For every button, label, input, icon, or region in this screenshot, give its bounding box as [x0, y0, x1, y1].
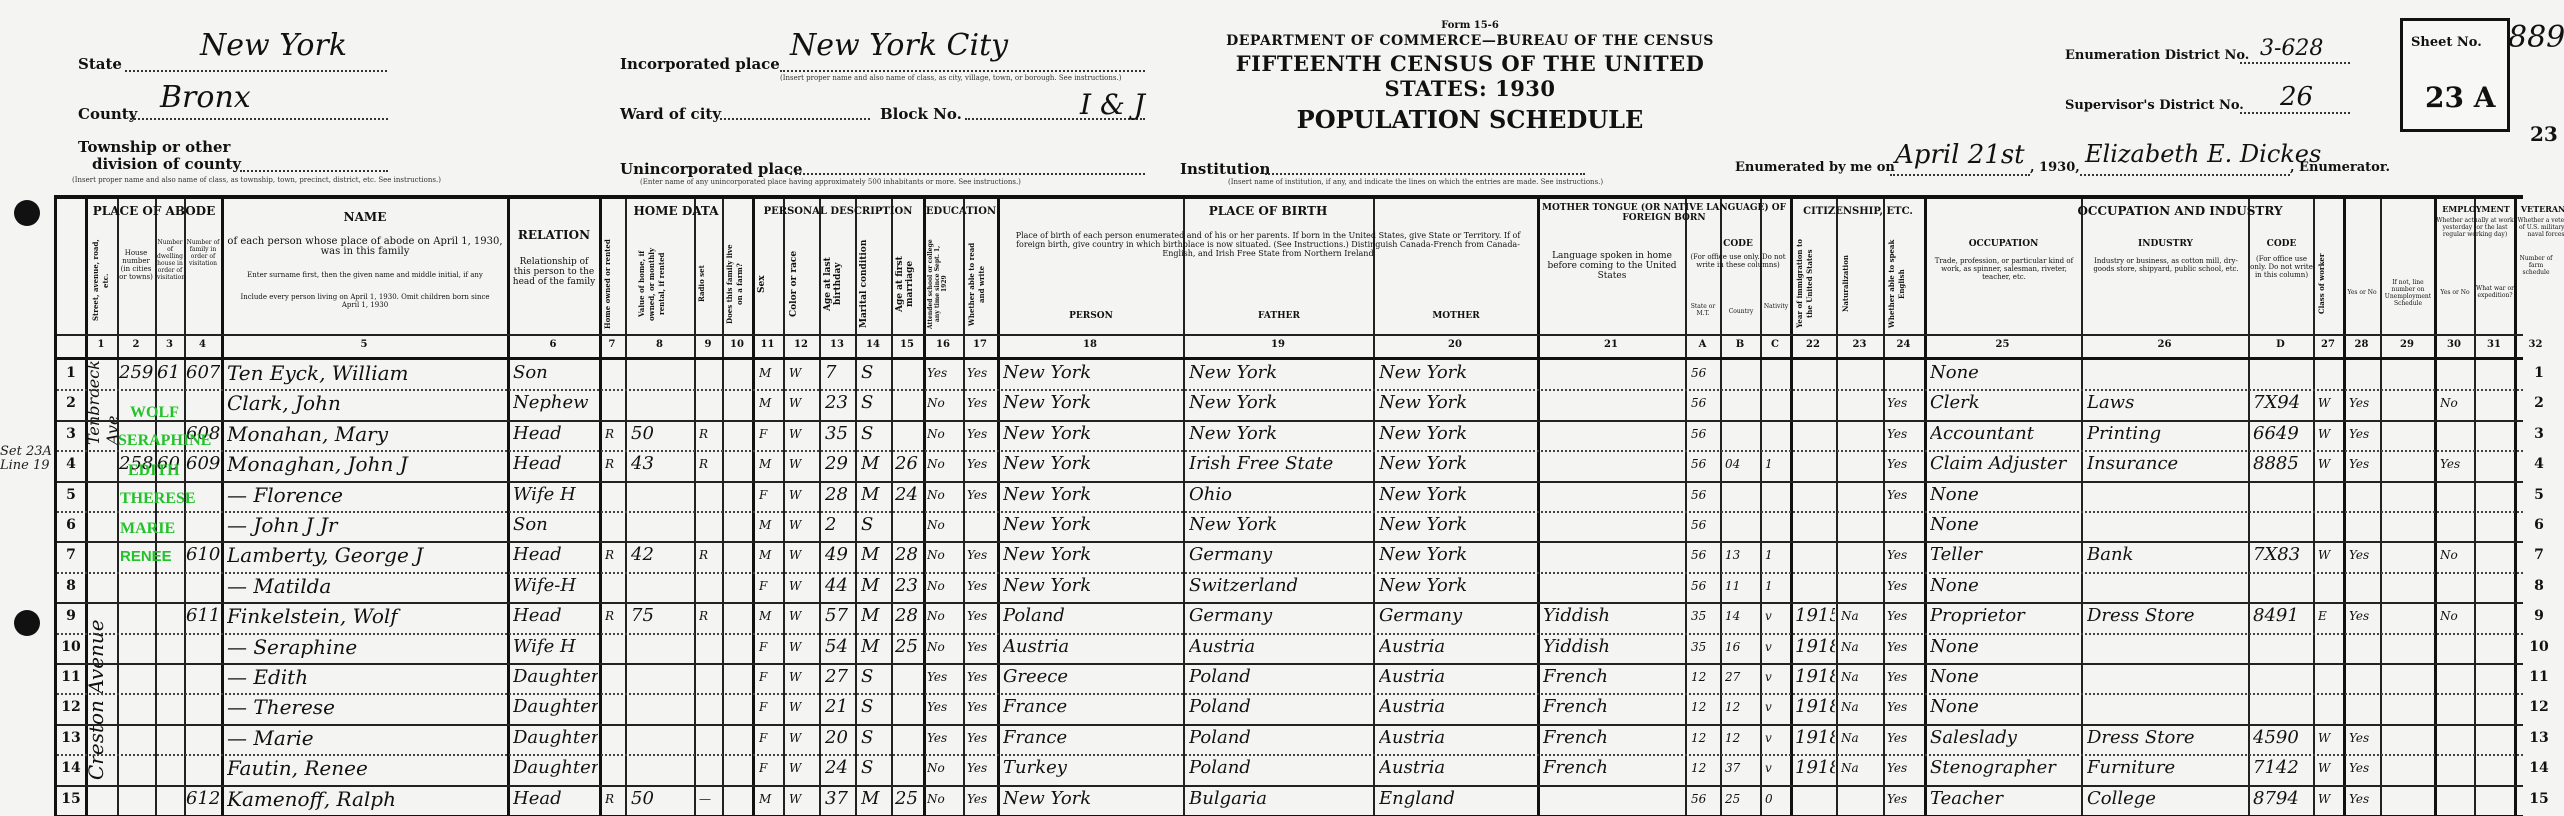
birth-mother-header: MOTHER — [1375, 311, 1537, 321]
group-mother-tongue: MOTHER TONGUE (OR NATIVE LANGUAGE) OF FO… — [1539, 203, 1789, 223]
age-marriage-header: Age at first marriage — [895, 239, 921, 329]
class-worker-cell: W — [2318, 389, 2342, 417]
group-education: EDUCATION — [925, 205, 997, 218]
school-cell: Yes — [927, 663, 962, 691]
column-number: 4 — [184, 339, 221, 350]
sex-cell: F — [759, 572, 782, 600]
code-a-cell: 12 — [1691, 693, 1719, 721]
birth-person-cell: Austria — [1003, 633, 1182, 661]
name-annotation-label: THERESE — [120, 490, 196, 508]
dwelling-header: Number of dwelling house in order of vis… — [157, 239, 183, 281]
form-number: Form 15-6 — [1220, 20, 1720, 31]
age-cell: 49 — [825, 541, 854, 569]
sex-cell: F — [759, 754, 782, 782]
birth-father-cell: New York — [1189, 359, 1372, 387]
supervisor-value: 26 — [2280, 82, 2313, 112]
relation-cell: Nephew — [513, 389, 598, 417]
age-cell: 44 — [825, 572, 854, 600]
name-cell: Clark, John — [227, 389, 506, 417]
relation-cell: Head — [513, 420, 598, 448]
english-cell: Yes — [1887, 420, 1923, 448]
race-cell: W — [789, 724, 818, 752]
column-number: 21 — [1537, 339, 1685, 350]
block-label: Block No. — [880, 105, 962, 123]
naturalization-cell: Na — [1841, 754, 1882, 782]
occupation-cell: None — [1930, 663, 2080, 691]
group-home-data: HOME DATA — [601, 205, 751, 218]
immigration-cell: 1918 — [1795, 633, 1835, 661]
county-line — [130, 118, 388, 120]
name-cell: — John J Jr — [227, 511, 506, 539]
school-cell: No — [927, 450, 962, 478]
language-cell: Yiddish — [1543, 633, 1684, 661]
code-a-cell: 56 — [1691, 541, 1719, 569]
naturalization-cell: Na — [1841, 663, 1882, 691]
birth-person-cell: New York — [1003, 481, 1182, 509]
birth-mother-cell: Austria — [1379, 754, 1536, 782]
column-number: 32 — [2514, 339, 2557, 350]
column-number: 27 — [2313, 339, 2343, 350]
class-worker-cell: W — [2318, 785, 2342, 813]
line-number: 14 — [59, 760, 83, 776]
family-number-cell: 610 — [186, 541, 220, 569]
english-cell: Yes — [1887, 633, 1923, 661]
sex-cell: F — [759, 420, 782, 448]
institution-label: Institution — [1180, 160, 1270, 178]
column-number: 1 — [85, 339, 117, 350]
age-cell: 37 — [825, 785, 854, 813]
column-number: 17 — [963, 339, 997, 350]
table-row: 1414Fautin, ReneeDaughterFW24SNoYesTurke… — [57, 754, 2523, 784]
school-cell: Yes — [927, 359, 962, 387]
code-a-cell: 12 — [1691, 754, 1719, 782]
industry-code-note: (For office use only. Do not write in th… — [2250, 255, 2313, 279]
column-number: 15 — [891, 339, 923, 350]
birth-mother-cell: England — [1379, 785, 1536, 813]
sex-header: Sex — [757, 239, 779, 329]
line-number-right: 12 — [2527, 699, 2551, 715]
code-a-cell: 12 — [1691, 663, 1719, 691]
institution-line — [1265, 173, 1585, 175]
table-row: 11259761607Ten Eyck, WilliamSonMW7SYesYe… — [57, 359, 2523, 389]
column-number: 13 — [819, 339, 855, 350]
enum-district-line — [2240, 62, 2350, 64]
code-a-cell: 56 — [1691, 785, 1719, 813]
race-cell: W — [789, 389, 818, 417]
supervisor-line — [2240, 112, 2350, 114]
birth-mother-cell: New York — [1379, 511, 1536, 539]
employment-cell: Yes — [2349, 420, 2379, 448]
age-cell: 28 — [825, 481, 854, 509]
occupation-cell: Accountant — [1930, 420, 2080, 448]
column-number: 7 — [599, 339, 625, 350]
industry-cell: Furniture — [2087, 754, 2247, 782]
read-write-cell: Yes — [967, 785, 996, 813]
column-number: 8 — [625, 339, 694, 350]
column-number: 9 — [694, 339, 722, 350]
column-number: A — [1685, 339, 1720, 350]
line-number: 7 — [59, 547, 83, 563]
farm-schedule-header: Number of farm schedule — [2516, 255, 2556, 276]
naturalization-cell: Na — [1841, 693, 1882, 721]
english-cell: Yes — [1887, 572, 1923, 600]
home-owned-cell: R — [605, 602, 624, 630]
table-row: 55— FlorenceWife HFW28M24NoYesNew YorkOh… — [57, 481, 2523, 511]
occupation-header: OCCUPATION — [1926, 239, 2081, 249]
group-personal-description: PERSONAL DESCRIPTION — [754, 205, 922, 218]
industry-cell: College — [2087, 785, 2247, 813]
birth-mother-cell: New York — [1379, 572, 1536, 600]
school-cell: No — [927, 420, 962, 448]
sex-cell: M — [759, 359, 782, 387]
age-header: Age at last birthday — [823, 239, 851, 329]
birth-father-cell: Poland — [1189, 663, 1372, 691]
marital-cell: M — [861, 450, 890, 478]
block-value: I & J — [1080, 88, 1145, 121]
school-cell: No — [927, 785, 962, 813]
birth-father-cell: Irish Free State — [1189, 450, 1372, 478]
occupation-cell: Teller — [1930, 541, 2080, 569]
class-worker-cell: W — [2318, 450, 2342, 478]
relation-cell: Wife-H — [513, 572, 598, 600]
column-number: 19 — [1183, 339, 1373, 350]
line-number: 8 — [59, 578, 83, 594]
line-number: 11 — [59, 669, 83, 685]
name-note-1: Enter surname first, then the given name… — [237, 271, 493, 279]
school-cell: No — [927, 389, 962, 417]
punch-hole-bottom — [14, 610, 40, 636]
name-cell: — Edith — [227, 663, 506, 691]
family-number-cell: 609 — [186, 450, 220, 478]
emp-line-header: If not, line number on Unemployment Sche… — [2382, 279, 2434, 307]
race-cell: W — [789, 481, 818, 509]
column-number: 23 — [1836, 339, 1883, 350]
marital-cell: S — [861, 359, 890, 387]
table-row: 33608Monahan, MaryHeadR50RFW35SNoYesNew … — [57, 420, 2523, 450]
marital-cell: S — [861, 663, 890, 691]
employment-cell: Yes — [2349, 785, 2379, 813]
relation-cell: Daughter — [513, 693, 598, 721]
occupation-cell: Clerk — [1930, 389, 2080, 417]
english-header: Whether able to speak English — [1887, 239, 1921, 329]
marital-cell: S — [861, 420, 890, 448]
employment-cell: Yes — [2349, 724, 2379, 752]
township-label-2: division of county — [92, 155, 241, 173]
column-number: 30 — [2434, 339, 2474, 350]
name-annotation-label: EDITH — [128, 462, 180, 480]
census-title: FIFTEENTH CENSUS OF THE UNITED STATES: 1… — [1220, 51, 1720, 101]
race-cell: W — [789, 602, 818, 630]
marital-cell: M — [861, 541, 890, 569]
column-number: 25 — [1924, 339, 2081, 350]
relation-cell: Wife H — [513, 481, 598, 509]
home-value-cell: 50 — [631, 420, 693, 448]
column-number: 2 — [117, 339, 155, 350]
column-number: 20 — [1373, 339, 1537, 350]
line-number-right: 6 — [2527, 517, 2551, 533]
school-cell: No — [927, 541, 962, 569]
name-annotation-label: SERAPHINE — [118, 432, 211, 450]
birth-father-cell: Ohio — [1189, 481, 1372, 509]
occupation-cell: None — [1930, 481, 2080, 509]
veteran-cell: No — [2440, 389, 2473, 417]
county-label: County — [78, 105, 137, 123]
school-cell: No — [927, 511, 962, 539]
code-b-header: Country — [1722, 307, 1760, 317]
code-b-cell: 12 — [1725, 724, 1759, 752]
name-note-2: Include every person living on April 1, … — [237, 293, 493, 309]
birth-person-header: PERSON — [999, 311, 1183, 321]
emp-yes-header: Yes or No — [2345, 289, 2379, 296]
read-write-cell: Yes — [967, 450, 996, 478]
school-cell: Yes — [927, 693, 962, 721]
code-a-cell: 35 — [1691, 602, 1719, 630]
code-a-cell: 12 — [1691, 724, 1719, 752]
language-header: Language spoken in home before coming to… — [1541, 251, 1683, 281]
code-b-cell: 11 — [1725, 572, 1759, 600]
marital-cell: S — [861, 724, 890, 752]
birth-mother-cell: New York — [1379, 420, 1536, 448]
marital-header: Marital condition — [859, 239, 887, 329]
language-cell: Yiddish — [1543, 602, 1684, 630]
enumerator-label: , Enumerator. — [2290, 160, 2390, 175]
page-number: 23 — [2530, 122, 2558, 146]
code-c-cell: v — [1765, 724, 1789, 752]
occupation-cell: None — [1930, 693, 2080, 721]
township-note: (Insert proper name and also name of cla… — [72, 176, 441, 184]
line-number-right: 1 — [2527, 365, 2551, 381]
class-worker-cell: W — [2318, 420, 2342, 448]
name-description: of each person whose place of abode on A… — [227, 237, 503, 257]
language-cell: French — [1543, 663, 1684, 691]
line-number-right: 9 — [2527, 608, 2551, 624]
marital-cell: M — [861, 481, 890, 509]
line-number-right: 2 — [2527, 395, 2551, 411]
incorporated-note: (Insert proper name and also name of cla… — [780, 74, 1121, 82]
sheet-label: Sheet No. — [2411, 35, 2482, 50]
name-cell: — Therese — [227, 693, 506, 721]
industry-code-cell: 6649 — [2253, 420, 2312, 448]
age-cell: 20 — [825, 724, 854, 752]
age-cell: 21 — [825, 693, 854, 721]
english-cell: Yes — [1887, 541, 1923, 569]
industry-cell: Dress Store — [2087, 724, 2247, 752]
class-worker-cell: W — [2318, 541, 2342, 569]
home-value-cell: 75 — [631, 602, 693, 630]
enumerated-label: Enumerated by me on — [1735, 160, 1895, 175]
ward-label: Ward of city — [620, 105, 721, 123]
age-marriage-cell: 23 — [895, 572, 922, 600]
birth-father-cell: Bulgaria — [1189, 785, 1372, 813]
supervisor-label: Supervisor's District No. — [2065, 98, 2244, 113]
read-write-cell: Yes — [967, 541, 996, 569]
code-c-cell: v — [1765, 663, 1789, 691]
radio-header: Radio set — [697, 239, 719, 329]
line-number-right: 7 — [2527, 547, 2551, 563]
relation-cell: Daughter — [513, 663, 598, 691]
sex-cell: F — [759, 724, 782, 752]
industry-description: Industry or business, as cotton mill, dr… — [2087, 257, 2245, 273]
line-number: 15 — [59, 791, 83, 807]
birth-father-cell: New York — [1189, 511, 1372, 539]
group-employment: EMPLOYMENT — [2436, 203, 2516, 216]
birth-mother-cell: Austria — [1379, 724, 1536, 752]
code-a-cell: 56 — [1691, 389, 1719, 417]
column-number: 29 — [2380, 339, 2434, 350]
read-write-cell: Yes — [967, 359, 996, 387]
family-number-cell: 612 — [186, 785, 220, 813]
read-write-cell: Yes — [967, 663, 996, 691]
age-cell: 27 — [825, 663, 854, 691]
line-number: 10 — [59, 639, 83, 655]
table-row: 1515612Kamenoff, RalphHeadR50—MW37M25NoY… — [57, 785, 2523, 815]
name-cell: — Matilda — [227, 572, 506, 600]
race-cell: W — [789, 785, 818, 813]
schedule-title: POPULATION SCHEDULE — [1220, 105, 1720, 134]
group-place-of-birth: PLACE OF BIRTH — [999, 205, 1537, 218]
relation-cell: Son — [513, 511, 598, 539]
name-cell: — Marie — [227, 724, 506, 752]
employment-description: Whether actually at work yesterday (or t… — [2436, 217, 2514, 238]
industry-cell: Insurance — [2087, 450, 2247, 478]
industry-code-cell: 8885 — [2253, 450, 2312, 478]
line-number: 9 — [59, 608, 83, 624]
table-row: 88— MatildaWife-HFW44M23NoYesNew YorkSwi… — [57, 572, 2523, 602]
name-cell: — Florence — [227, 481, 506, 509]
english-cell: Yes — [1887, 724, 1923, 752]
birth-father-cell: Austria — [1189, 633, 1372, 661]
family-header: Number of family in order of visitation — [186, 239, 220, 267]
read-write-cell: Yes — [967, 724, 996, 752]
age-cell: 2 — [825, 511, 854, 539]
industry-code-cell: 7X83 — [2253, 541, 2312, 569]
age-marriage-cell: 28 — [895, 602, 922, 630]
family-number-cell: 607 — [186, 359, 220, 387]
marital-cell: S — [861, 693, 890, 721]
school-cell: No — [927, 481, 962, 509]
enumerated-date-line — [1890, 174, 2030, 176]
column-number: 5 — [221, 339, 507, 350]
employment-cell: Yes — [2349, 541, 2379, 569]
race-cell: W — [789, 511, 818, 539]
line-number-right: 4 — [2527, 456, 2551, 472]
line-number: 1 — [59, 365, 83, 381]
read-write-cell: Yes — [967, 572, 996, 600]
read-write-cell: Yes — [967, 481, 996, 509]
read-write-cell: Yes — [967, 693, 996, 721]
line-number: 12 — [59, 699, 83, 715]
incorporated-value: New York City — [790, 28, 1008, 63]
relation-cell: Head — [513, 785, 598, 813]
home-owned-cell: R — [605, 420, 624, 448]
relation-cell: Wife H — [513, 633, 598, 661]
birth-person-cell: New York — [1003, 541, 1182, 569]
read-write-cell: Yes — [967, 754, 996, 782]
birth-mother-cell: Austria — [1379, 693, 1536, 721]
incorporated-label: Incorporated place — [620, 55, 780, 73]
code-c-cell: 0 — [1765, 785, 1789, 813]
sex-cell: M — [759, 785, 782, 813]
school-cell: No — [927, 602, 962, 630]
line-number: 5 — [59, 487, 83, 503]
birth-person-cell: France — [1003, 693, 1182, 721]
table-row: 1010— SeraphineWife HFW54M25NoYesAustria… — [57, 633, 2523, 663]
birth-father-cell: Switzerland — [1189, 572, 1372, 600]
code-b-cell: 25 — [1725, 785, 1759, 813]
home-value-cell: 42 — [631, 541, 693, 569]
birth-father-cell: Poland — [1189, 693, 1372, 721]
veteran-cell: No — [2440, 602, 2473, 630]
age-cell: 7 — [825, 359, 854, 387]
industry-cell: Dress Store — [2087, 602, 2247, 630]
family-number-cell: 611 — [186, 602, 220, 630]
house-header: House number (in cities or towns) — [119, 249, 153, 281]
birth-father-cell: Poland — [1189, 754, 1372, 782]
immigration-cell: 1918 — [1795, 724, 1835, 752]
race-cell: W — [789, 754, 818, 782]
line-number-right: 15 — [2527, 791, 2551, 807]
code-a-cell: 56 — [1691, 359, 1719, 387]
code-b-cell: 12 — [1725, 693, 1759, 721]
marital-cell: M — [861, 633, 890, 661]
naturalization-cell: Na — [1841, 633, 1882, 661]
sex-cell: F — [759, 633, 782, 661]
veteran-cell: Yes — [2440, 450, 2473, 478]
line-number-right: 11 — [2527, 669, 2551, 685]
state-value: New York — [200, 28, 347, 63]
age-marriage-cell: 25 — [895, 633, 922, 661]
ward-line — [720, 118, 870, 120]
birth-mother-cell: New York — [1379, 359, 1536, 387]
column-number: 10 — [722, 339, 752, 350]
name-cell: Ten Eyck, William — [227, 359, 506, 387]
enumerated-date: April 21st — [1895, 140, 2025, 170]
employment-cell: Yes — [2349, 389, 2379, 417]
owned-header: Home owned or rented — [603, 239, 623, 329]
employment-cell: Yes — [2349, 754, 2379, 782]
column-number: D — [2248, 339, 2313, 350]
code-c-cell: 1 — [1765, 572, 1789, 600]
language-cell: French — [1543, 754, 1684, 782]
code-b-cell: 13 — [1725, 541, 1759, 569]
age-cell: 54 — [825, 633, 854, 661]
column-number: 14 — [855, 339, 891, 350]
age-cell: 35 — [825, 420, 854, 448]
school-cell: No — [927, 572, 962, 600]
township-line — [240, 170, 388, 172]
code-a-cell: 56 — [1691, 572, 1719, 600]
name-annotation-label: MARIE — [120, 520, 175, 538]
group-citizenship: CITIZENSHIP, ETC. — [1792, 205, 1924, 218]
line-number-right: 5 — [2527, 487, 2551, 503]
relation-description: Relationship of this person to the head … — [511, 257, 597, 287]
english-cell: Yes — [1887, 602, 1923, 630]
name-annotation-label: WOLF — [130, 404, 179, 422]
marital-cell: M — [861, 602, 890, 630]
code-c-cell: v — [1765, 633, 1789, 661]
occupation-cell: Saleslady — [1930, 724, 2080, 752]
sex-cell: M — [759, 389, 782, 417]
line-number-right: 10 — [2527, 639, 2551, 655]
radio-cell: R — [699, 602, 721, 630]
value-header: Value of home, if owned, or monthly rent… — [637, 239, 681, 329]
unincorporated-note: (Enter name of any unincorporated place … — [640, 178, 1021, 186]
school-cell: No — [927, 633, 962, 661]
relation-cell: Head — [513, 450, 598, 478]
enumerator-name: Elizabeth E. Dickes — [2085, 140, 2321, 168]
relation-cell: Daughter — [513, 724, 598, 752]
age-marriage-cell: 24 — [895, 481, 922, 509]
